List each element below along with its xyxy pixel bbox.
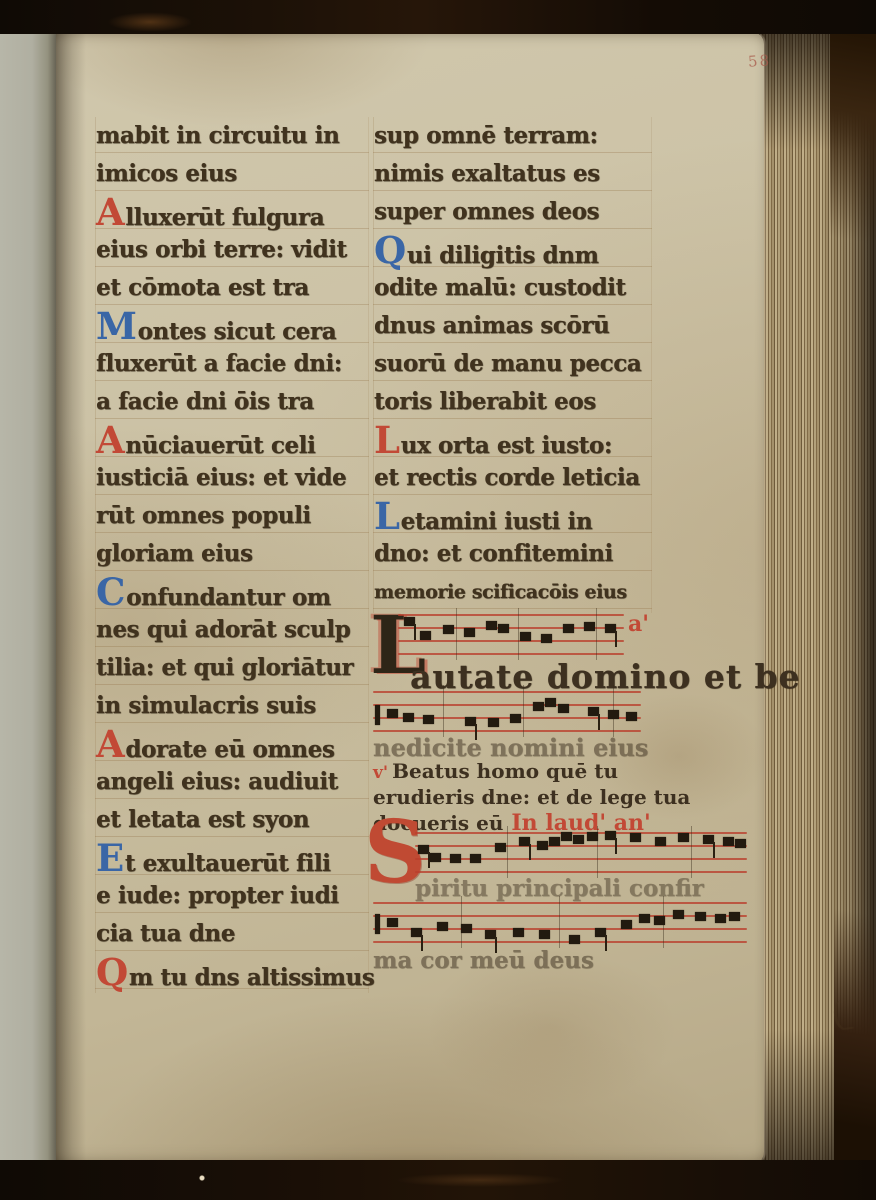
line-text: imicos eius bbox=[96, 160, 237, 187]
text-line: tilia: et qui gloriātur bbox=[96, 649, 368, 687]
neume bbox=[605, 831, 616, 840]
neume bbox=[715, 914, 726, 923]
neume bbox=[549, 837, 560, 846]
illuminated-initial: A bbox=[96, 722, 124, 766]
neume bbox=[387, 918, 398, 927]
text-line: Alluxerūt fulgura bbox=[96, 193, 368, 231]
neume bbox=[513, 928, 524, 937]
verse-text: Beatus homo quē tu bbox=[392, 759, 618, 783]
text-line: Qui diligitis dnm bbox=[374, 231, 651, 269]
neume bbox=[387, 709, 398, 718]
text-line: cia tua dne bbox=[96, 915, 368, 953]
music-staff bbox=[373, 902, 747, 943]
neume bbox=[639, 914, 650, 923]
folio-number: 58 bbox=[747, 51, 771, 71]
verse-line: v'Beatus homo quē tu bbox=[373, 759, 618, 786]
neume bbox=[673, 910, 684, 919]
antiphon-mark: a' bbox=[628, 611, 649, 637]
staff-line bbox=[415, 858, 747, 860]
text-line: e iude: propter iudi bbox=[96, 877, 368, 915]
neume bbox=[539, 930, 550, 939]
text-line: Adorate eū omnes bbox=[96, 725, 368, 763]
text-line: sup omnē terram: bbox=[374, 117, 651, 155]
clef-mark bbox=[375, 914, 380, 934]
line-text: t exultauerūt fili bbox=[125, 850, 331, 877]
neume bbox=[465, 717, 476, 726]
neume bbox=[558, 704, 569, 713]
chant-lyric: ma cor meū deus bbox=[373, 947, 594, 974]
line-text: fluxerūt a facie dni: bbox=[96, 350, 342, 377]
neume bbox=[470, 854, 481, 863]
staff-line bbox=[415, 871, 747, 873]
staff-line bbox=[415, 832, 747, 834]
facing-page-edge bbox=[0, 30, 58, 1166]
text-line: imicos eius bbox=[96, 155, 368, 193]
text-line: suorū de manu pecca bbox=[374, 345, 651, 383]
text-line: Lux orta est iusto: bbox=[374, 421, 651, 459]
neume bbox=[464, 628, 475, 637]
staff-division-stroke bbox=[691, 826, 692, 878]
illuminated-initial: M bbox=[96, 304, 137, 348]
line-text: angeli eius: audiuit bbox=[96, 768, 338, 795]
line-text: et letata est syon bbox=[96, 806, 309, 833]
text-line: nimis exaltatus es bbox=[374, 155, 651, 193]
line-text: m tu dns altissimus bbox=[129, 964, 375, 991]
neume bbox=[723, 837, 734, 846]
line-text: ux orta est iusto: bbox=[401, 432, 612, 459]
text-line: Confundantur om bbox=[96, 573, 368, 611]
text-line: eius orbi terre: vidit bbox=[96, 231, 368, 269]
neume bbox=[430, 853, 441, 862]
line-text: a facie dni ōis tra bbox=[96, 388, 314, 415]
neume bbox=[588, 707, 599, 716]
line-text: rūt omnes populi bbox=[96, 502, 311, 529]
neume bbox=[561, 832, 572, 841]
line-text: in simulacris suis bbox=[96, 692, 316, 719]
text-line: nes qui adorāt sculp bbox=[96, 611, 368, 649]
music-section: L a' autate domino et be nedicite nomini… bbox=[366, 611, 762, 993]
line-text: nes qui adorāt sculp bbox=[96, 616, 350, 643]
text-line: a facie dni ōis tra bbox=[96, 383, 368, 421]
neume bbox=[420, 631, 431, 640]
line-text: dno: et confitemini bbox=[374, 540, 613, 567]
neume bbox=[450, 854, 461, 863]
illuminated-initial: C bbox=[96, 570, 125, 614]
neume bbox=[626, 712, 637, 721]
neume bbox=[488, 718, 499, 727]
line-text: super omnes deos bbox=[374, 198, 599, 225]
line-text: cia tua dne bbox=[96, 920, 235, 947]
manuscript-page: 58 mabit in circuitu inimicos eiusAlluxe… bbox=[56, 32, 764, 1164]
text-line: et letata est syon bbox=[96, 801, 368, 839]
staff-division-stroke bbox=[456, 608, 457, 660]
line-text: suorū de manu pecca bbox=[374, 350, 641, 377]
text-line: dno: et confitemini bbox=[374, 535, 651, 573]
line-text: nimis exaltatus es bbox=[374, 160, 600, 187]
line-text: lluxerūt fulgura bbox=[125, 204, 324, 231]
neume bbox=[621, 920, 632, 929]
text-line: gloriam eius bbox=[96, 535, 368, 573]
neume bbox=[735, 839, 746, 848]
neume bbox=[729, 912, 740, 921]
music-staff bbox=[373, 691, 641, 732]
line-text: sup omnē terram: bbox=[374, 122, 598, 149]
line-text: eius orbi terre: vidit bbox=[96, 236, 347, 263]
music-staff bbox=[398, 614, 624, 655]
binding-top-edge bbox=[0, 0, 876, 34]
neume bbox=[630, 833, 641, 842]
text-line: Et exultauerūt fili bbox=[96, 839, 368, 877]
neume bbox=[654, 916, 665, 925]
text-line: et cōmota est tra bbox=[96, 269, 368, 307]
neume bbox=[563, 624, 574, 633]
text-line: Letamini iusti in bbox=[374, 497, 651, 535]
neume bbox=[703, 835, 714, 844]
neume bbox=[533, 702, 544, 711]
neume bbox=[587, 832, 598, 841]
line-text: dnus animas scōrū bbox=[374, 312, 609, 339]
music-staff bbox=[415, 832, 747, 873]
staff-division-stroke bbox=[559, 896, 560, 948]
line-text: etamini iusti in bbox=[401, 508, 593, 535]
neume bbox=[486, 621, 497, 630]
illuminated-initial: A bbox=[96, 190, 124, 234]
text-line: iusticiā eius: et vide bbox=[96, 459, 368, 497]
text-line: rūt omnes populi bbox=[96, 497, 368, 535]
text-line: in simulacris suis bbox=[96, 687, 368, 725]
staff-division-stroke bbox=[461, 896, 462, 948]
line-text: odite malū: custodit bbox=[374, 274, 626, 301]
staff-division-stroke bbox=[507, 826, 508, 878]
manuscript-photo: 58 mabit in circuitu inimicos eiusAlluxe… bbox=[0, 0, 876, 1200]
neume bbox=[519, 837, 530, 846]
neume bbox=[655, 837, 666, 846]
illuminated-initial: Q bbox=[374, 228, 406, 272]
staff-line bbox=[415, 845, 747, 847]
staff-line bbox=[398, 614, 624, 616]
staff-division-stroke bbox=[518, 608, 519, 660]
illuminated-initial: Q bbox=[96, 950, 128, 994]
neume bbox=[498, 624, 509, 633]
versicle-mark: v' bbox=[373, 763, 388, 783]
neume bbox=[485, 930, 496, 939]
illuminated-initial: L bbox=[374, 418, 400, 462]
neume bbox=[495, 843, 506, 852]
neume bbox=[541, 634, 552, 643]
cover-corner-top bbox=[830, 0, 876, 250]
line-text: toris liberabit eos bbox=[374, 388, 596, 415]
staff-line bbox=[373, 704, 641, 706]
neume bbox=[404, 617, 415, 626]
neume bbox=[418, 845, 429, 854]
staff-line bbox=[373, 928, 747, 930]
line-text: mabit in circuitu in bbox=[96, 122, 339, 149]
neume bbox=[608, 710, 619, 719]
line-text: onfundantur om bbox=[126, 584, 331, 611]
staff-division-stroke bbox=[443, 685, 444, 737]
text-line: Montes sicut cera bbox=[96, 307, 368, 345]
staff-line bbox=[373, 730, 641, 732]
line-text: et cōmota est tra bbox=[96, 274, 309, 301]
binding-bottom-edge bbox=[0, 1160, 876, 1200]
neume bbox=[584, 622, 595, 631]
staff-line bbox=[398, 653, 624, 655]
text-line: dnus animas scōrū bbox=[374, 307, 651, 345]
neume bbox=[595, 928, 606, 937]
staff-line bbox=[373, 902, 747, 904]
line-text: ontes sicut cera bbox=[138, 318, 337, 345]
illuminated-initial: L bbox=[374, 494, 400, 538]
cover-corner-bottom bbox=[834, 900, 876, 1200]
text-line: fluxerūt a facie dni: bbox=[96, 345, 368, 383]
line-text: ui diligitis dnm bbox=[407, 242, 599, 269]
line-text: et rectis corde leticia bbox=[374, 464, 640, 491]
text-line: et rectis corde leticia bbox=[374, 459, 651, 497]
chant-lyric: nedicite nomini eius bbox=[373, 733, 648, 762]
line-text: dorate eū omnes bbox=[125, 736, 334, 763]
text-line: odite malū: custodit bbox=[374, 269, 651, 307]
neume bbox=[695, 912, 706, 921]
neume bbox=[678, 833, 689, 842]
staff-line bbox=[373, 941, 747, 943]
neume bbox=[510, 714, 521, 723]
text-line: Anūciauerūt celi bbox=[96, 421, 368, 459]
text-line: super omnes deos bbox=[374, 193, 651, 231]
text-line: toris liberabit eos bbox=[374, 383, 651, 421]
neume bbox=[411, 928, 422, 937]
neume bbox=[461, 924, 472, 933]
line-text: e iude: propter iudi bbox=[96, 882, 339, 909]
staff-division-stroke bbox=[596, 608, 597, 660]
staff-line bbox=[398, 640, 624, 642]
neume bbox=[537, 841, 548, 850]
neume bbox=[437, 922, 448, 931]
text-line: Qm tu dns altissimus bbox=[96, 953, 368, 991]
text-column-left: mabit in circuitu inimicos eiusAlluxerūt… bbox=[95, 117, 369, 993]
line-text: tilia: et qui gloriātur bbox=[96, 654, 353, 681]
neume bbox=[423, 715, 434, 724]
line-text: iusticiā eius: et vide bbox=[96, 464, 346, 491]
staff-division-stroke bbox=[523, 685, 524, 737]
text-line: mabit in circuitu in bbox=[96, 117, 368, 155]
text-column-right: sup omnē terram:nimis exaltatus essuper … bbox=[373, 117, 652, 613]
illuminated-initial: E bbox=[96, 836, 124, 880]
line-text: gloriam eius bbox=[96, 540, 253, 567]
neume bbox=[545, 698, 556, 707]
neume bbox=[573, 835, 584, 844]
neume bbox=[569, 935, 580, 944]
illuminated-initial: A bbox=[96, 418, 124, 462]
neume bbox=[403, 713, 414, 722]
clef-mark bbox=[375, 705, 380, 725]
line-text: nūciauerūt celi bbox=[125, 432, 315, 459]
staff-line bbox=[373, 915, 747, 917]
neume bbox=[605, 624, 616, 633]
staff-line bbox=[373, 691, 641, 693]
neume bbox=[520, 632, 531, 641]
text-line: angeli eius: audiuit bbox=[96, 763, 368, 801]
neume bbox=[443, 625, 454, 634]
